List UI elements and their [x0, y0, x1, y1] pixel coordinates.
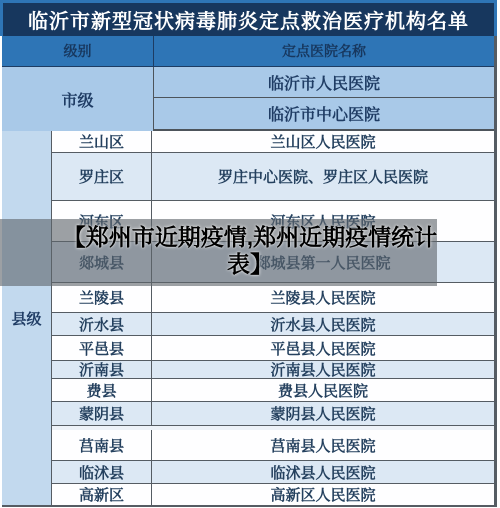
district-cell: 费县 [52, 379, 152, 401]
hospital-cell: 蒙阴县人民医院 [152, 402, 494, 425]
hospital-cell: 沂南县人民医院 [152, 361, 494, 378]
hospital-cell: 沂水县人民医院 [152, 313, 494, 335]
city-level-label: 市级 [2, 67, 154, 131]
title-bar: 临沂市新型冠状病毒肺炎定点救治医疗机构名单 [0, 0, 497, 36]
table-row: 蒙阴县 蒙阴县人民医院 [52, 402, 494, 426]
table-row: 莒南县 莒南县人民医院 [52, 426, 494, 461]
district-cell: 高新区 [52, 484, 152, 505]
hospital-cell: 临沂市人民医院 [154, 71, 494, 94]
table-row: 罗庄区 罗庄中心医院、罗庄区人民医院 [52, 153, 494, 201]
city-rows: 临沂市人民医院 临沂市中心医院 [154, 67, 494, 131]
hospital-cell: 平邑县人民医院 [152, 336, 494, 360]
header-cell-level: 级别 [2, 36, 154, 66]
district-cell: 蒙阴县 [52, 402, 152, 425]
table-row: 兰陵县 兰陵县人民医院 [52, 283, 494, 313]
district-cell: 沂南县 [52, 361, 152, 378]
table-row: 平邑县 平邑县人民医院 [52, 336, 494, 361]
district-cell: 兰山区 [52, 131, 152, 152]
table-row: 临沂市人民医院 [154, 67, 494, 98]
table-row: 沂水县 沂水县人民医院 [52, 313, 494, 336]
hospital-cell: 高新区人民医院 [152, 484, 494, 505]
hospital-cell: 临沭县人民医院 [152, 461, 494, 483]
county-level-label: 县级 [2, 131, 52, 505]
district-cell: 沂水县 [52, 313, 152, 335]
hospital-cell: 罗庄中心医院、罗庄区人民医院 [152, 153, 494, 200]
district-cell: 罗庄区 [52, 153, 152, 200]
city-section: 市级 临沂市人民医院 临沂市中心医院 [2, 67, 494, 131]
page-root: 临沂市新型冠状病毒肺炎定点救治医疗机构名单 级别 定点医院名称 市级 临沂市人民… [0, 0, 500, 508]
header-cell-hospital: 定点医院名称 [154, 36, 494, 66]
hospital-cell: 莒南县人民医院 [152, 430, 494, 460]
table-header-row: 级别 定点医院名称 [2, 36, 494, 67]
table-row: 高新区 高新区人民医院 [52, 484, 494, 505]
table-row: 兰山区 兰山区人民医院 [52, 131, 494, 153]
table-row: 临沂市中心医院 [154, 98, 494, 131]
watermark-text: 【郑州市近期疫情,郑州近期疫情统计 表】 [0, 224, 500, 278]
hospital-cell: 兰山区人民医院 [152, 131, 494, 152]
table-row: 费县 费县人民医院 [52, 379, 494, 402]
county-rows: 兰山区 兰山区人民医院 罗庄区 罗庄中心医院、罗庄区人民医院 河东区 河东区人民… [52, 131, 494, 505]
hospital-cell: 临沂市中心医院 [154, 102, 494, 125]
hospital-cell: 费县人民医院 [152, 379, 494, 401]
district-cell: 平邑县 [52, 336, 152, 360]
page-title: 临沂市新型冠状病毒肺炎定点救治医疗机构名单 [28, 5, 469, 34]
table-row: 沂南县 沂南县人民医院 [52, 361, 494, 379]
watermark-line-1: 【郑州市近期疫情,郑州近期疫情统计 [0, 224, 500, 251]
district-cell: 临沭县 [52, 461, 152, 483]
hospital-cell: 兰陵县人民医院 [152, 283, 494, 312]
watermark-line-2: 表】 [0, 251, 500, 278]
district-cell: 兰陵县 [52, 283, 152, 312]
table-row: 临沭县 临沭县人民医院 [52, 461, 494, 484]
county-section: 县级 兰山区 兰山区人民医院 罗庄区 罗庄中心医院、罗庄区人民医院 河东区 河东… [2, 131, 494, 505]
district-cell: 莒南县 [52, 430, 152, 460]
